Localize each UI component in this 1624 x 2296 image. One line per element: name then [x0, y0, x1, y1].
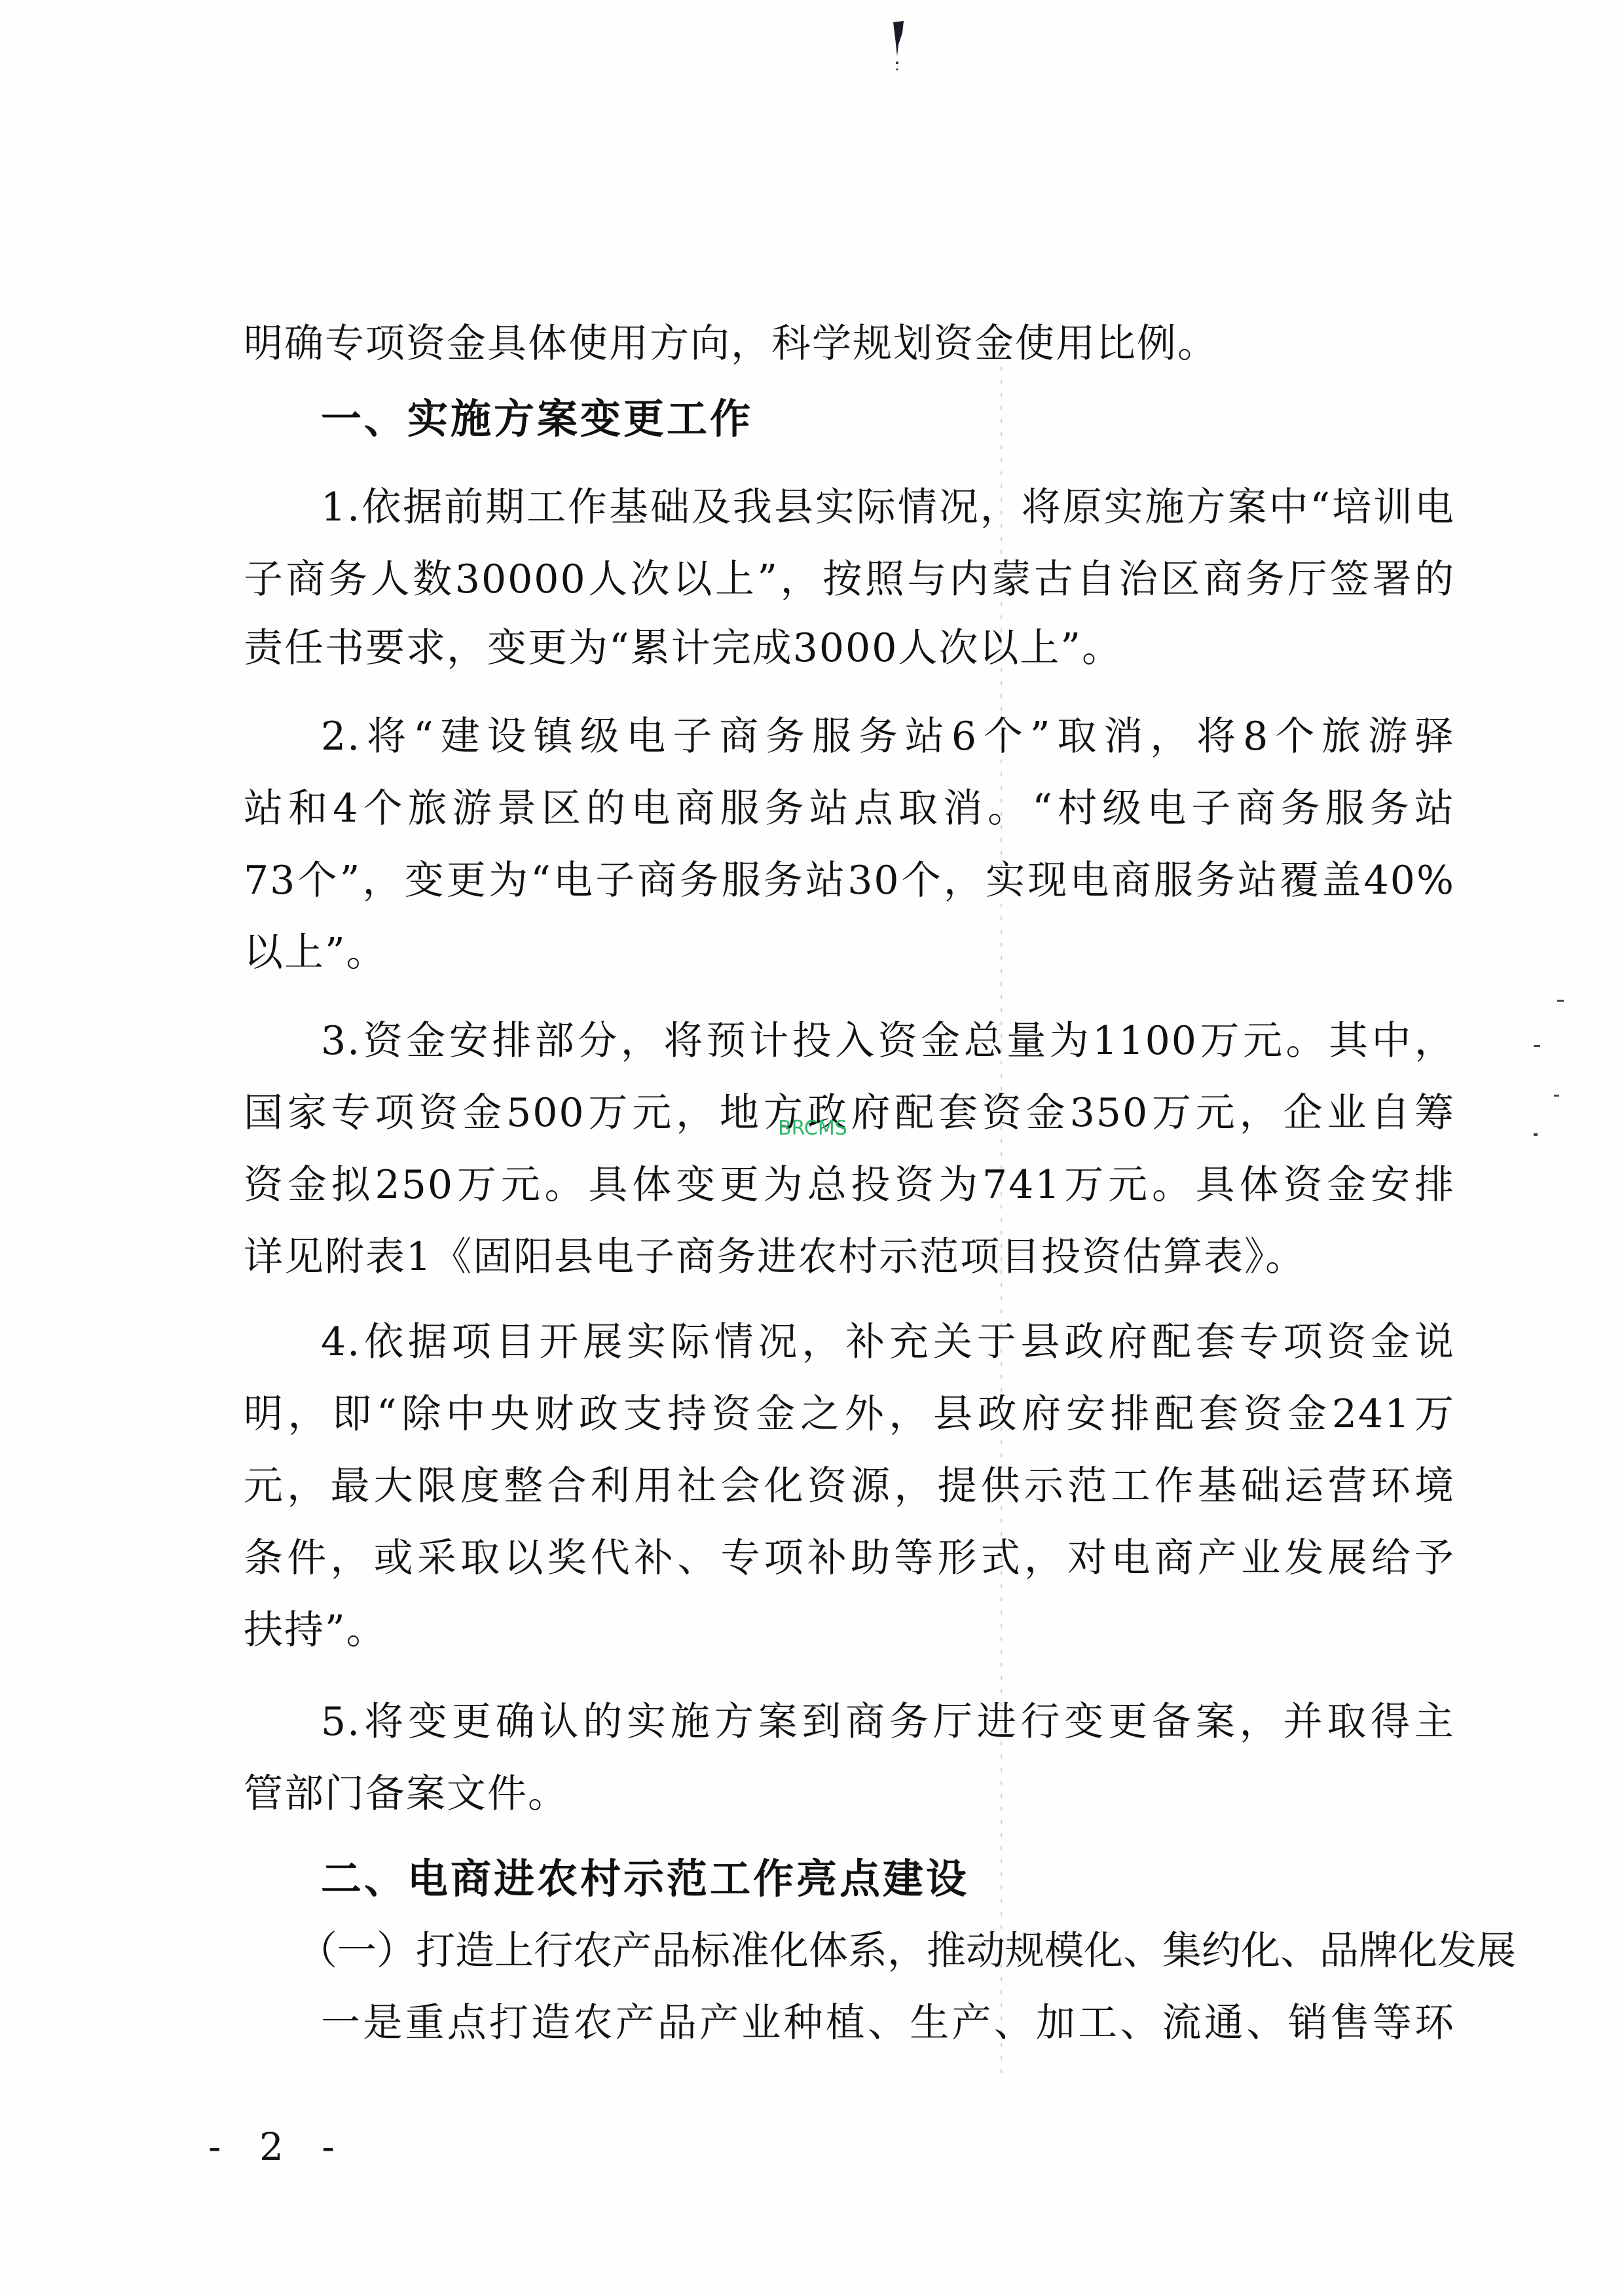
item4-line-1: 4.依据项目开展实际情况，补充关于县政府配套专项资金说 — [321, 1316, 1455, 1368]
subsection1-body-line-1: 一是重点打造农产品产业种植、生产、加工、流通、销售等环 — [321, 1997, 1455, 2049]
scan-speck — [1557, 1000, 1564, 1002]
scan-speck — [1554, 1095, 1559, 1097]
page-number: - 2 - — [208, 2124, 348, 2169]
item3-line-4: 详见附表1《固阳县电子商务进农村示范项目投资估算表》。 — [244, 1231, 1455, 1283]
item2-line-3: 73个”，变更为“电子商务服务站30个，实现电商服务站覆盖40% — [244, 854, 1455, 907]
document-page: 明确专项资金具体使用方向，科学规划资金使用比例。 一、实施方案变更工作 1.依据… — [0, 0, 1624, 2296]
section1-heading: 一、实施方案变更工作 — [321, 393, 753, 445]
item5-line-1: 5.将变更确认的实施方案到商务厅进行变更备案，并取得主 — [321, 1696, 1455, 1748]
intro-line: 明确专项资金具体使用方向，科学规划资金使用比例。 — [244, 318, 1455, 370]
section2-heading: 二、电商进农村示范工作亮点建设 — [321, 1853, 969, 1905]
item1-line-2: 子商务人数30000人次以上”，按照与内蒙古自治区商务厅签署的 — [244, 553, 1455, 606]
item3-line-3: 资金拟250万元。具体变更为总投资为741万元。具体资金安排 — [244, 1159, 1455, 1211]
item1-line-1: 1.依据前期工作基础及我县实际情况，将原实施方案中“培训电 — [321, 481, 1455, 534]
scan-speck — [1534, 1133, 1538, 1136]
item1-line-3: 责任书要求，变更为“累计完成3000人次以上”。 — [244, 622, 1455, 674]
item4-line-5: 扶持”。 — [244, 1604, 1455, 1656]
item4-line-4: 条件，或采取以奖代补、专项补助等形式，对电商产业发展给予 — [244, 1532, 1455, 1584]
item5-line-2: 管部门备案文件。 — [244, 1768, 1455, 1820]
item2-line-4: 以上”。 — [244, 926, 1455, 979]
item4-line-2: 明，即“除中央财政支持资金之外，县政府安排配套资金241万 — [244, 1388, 1455, 1440]
item4-line-3: 元，最大限度整合利用社会化资源，提供示范工作基础运营环境 — [244, 1460, 1455, 1512]
subsection1-heading: （一）打造上行农产品标准化体系，推动规模化、集约化、品牌化发展 — [298, 1925, 1457, 1977]
item2-line-1: 2.将“建设镇级电子商务服务站6个”取消，将8个旅游驿 — [321, 710, 1455, 763]
item3-line-2: 国家专项资金500万元，地方政府配套资金350万元，企业自筹 — [244, 1087, 1455, 1139]
watermark: BRCMS — [778, 1117, 847, 1140]
item2-line-2: 站和4个旅游景区的电商服务站点取消。“村级电子商务服务站 — [244, 782, 1455, 835]
item3-line-1: 3.资金安排部分，将预计投入资金总量为1100万元。其中， — [321, 1015, 1455, 1067]
scan-speck — [1534, 1045, 1540, 1047]
scan-artifact-mark — [889, 18, 906, 77]
